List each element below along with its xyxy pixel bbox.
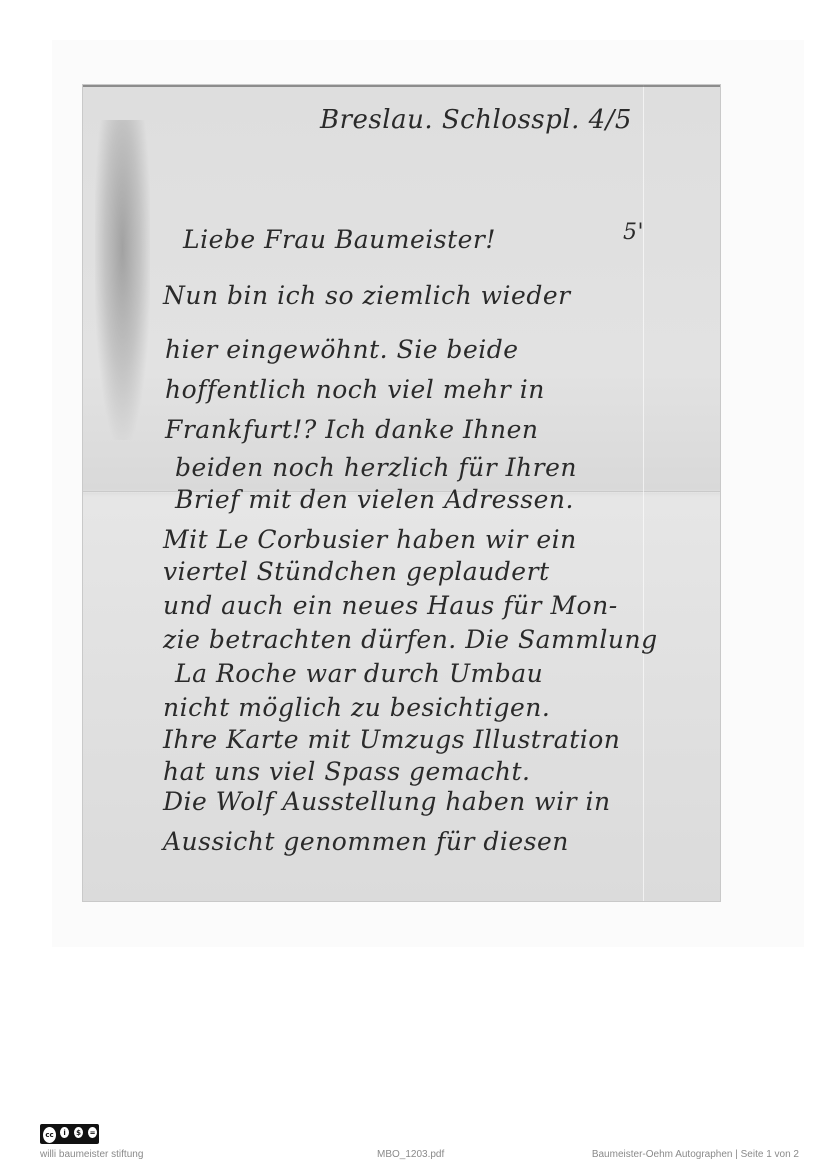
letter-line: und auch ein neues Haus für Mon-	[163, 591, 618, 620]
nd-icon: =	[87, 1126, 98, 1139]
corner-mark: 5'	[623, 220, 644, 245]
letter-line: hoffentlich noch viel mehr in	[165, 375, 545, 404]
letter-place-date: Breslau. Schlosspl. 4/5	[320, 105, 632, 135]
footer-collection-page: Baumeister-Oehm Autographen | Seite 1 vo…	[592, 1149, 799, 1160]
letter-line: Brief mit den vielen Adressen.	[175, 485, 574, 514]
letter-line: zie betrachten dürfen. Die Sammlung	[163, 625, 658, 654]
by-icon: i	[59, 1126, 70, 1139]
letter-line: Mit Le Corbusier haben wir ein	[163, 525, 577, 554]
letter-line: beiden noch herzlich für Ihren	[175, 453, 577, 482]
letter-line: La Roche war durch Umbau	[175, 659, 543, 688]
letter-line: Aussicht genommen für diesen	[163, 827, 569, 856]
letter-line: hier eingewöhnt. Sie beide	[165, 335, 519, 364]
letter-line: Die Wolf Ausstellung haben wir in	[163, 787, 611, 816]
letter-line: Nun bin ich so ziemlich wieder	[163, 281, 571, 310]
letter-line: nicht möglich zu besichtigen.	[163, 693, 550, 722]
cc-icon: cc	[42, 1126, 57, 1144]
letter-page: Breslau. Schlosspl. 4/5 5' Liebe Frau Ba…	[83, 85, 720, 901]
cc-by-nc-nd-icon[interactable]: cc i $ =	[40, 1124, 99, 1144]
letter-line: Frankfurt!? Ich danke Ihnen	[165, 415, 539, 444]
footer-foundation: willi baumeister stiftung	[40, 1149, 143, 1160]
letter-line: Ihre Karte mit Umzugs Illustration	[163, 725, 620, 754]
letter-salutation: Liebe Frau Baumeister!	[183, 225, 496, 254]
nc-icon: $	[73, 1126, 84, 1139]
footer-filename: MBO_1203.pdf	[377, 1149, 444, 1160]
fold-line-vertical	[643, 85, 644, 901]
letter-line: hat uns viel Spass gemacht.	[163, 757, 530, 786]
letter-line: viertel Stündchen geplaudert	[163, 557, 550, 586]
